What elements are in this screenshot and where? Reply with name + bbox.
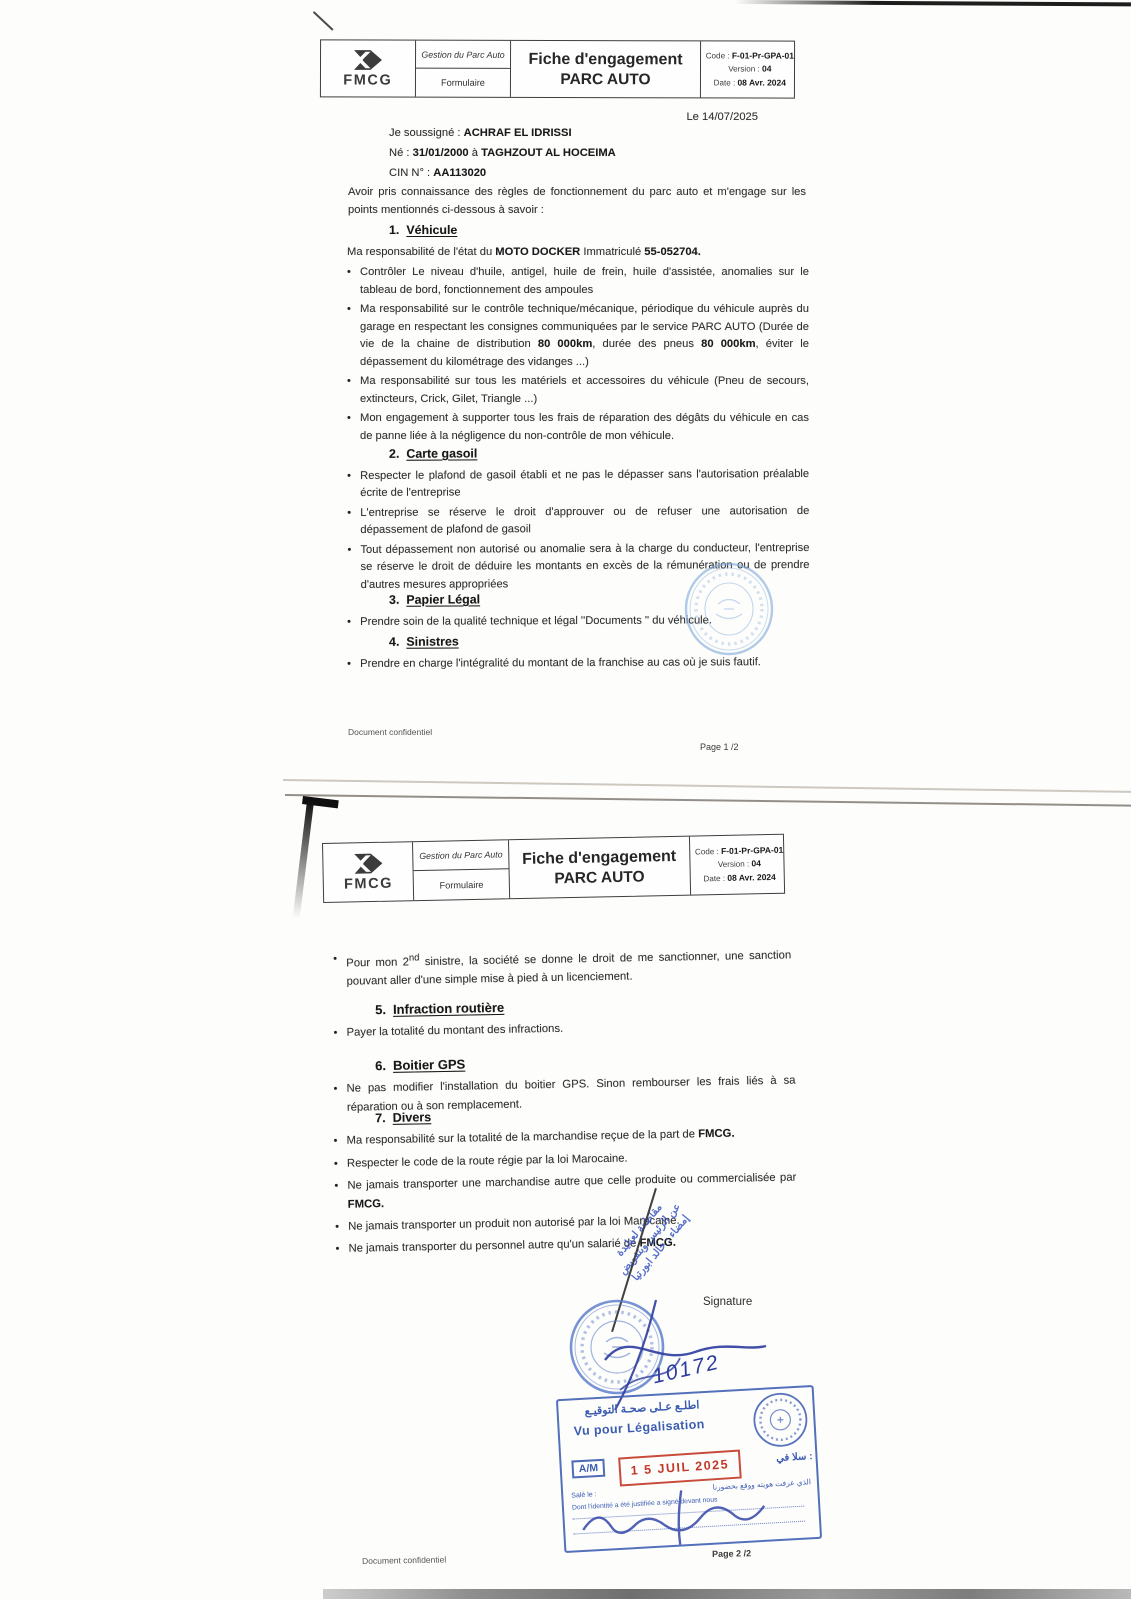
page2-edge-shadow	[293, 801, 314, 919]
letter-date: Le 14/07/2025	[600, 109, 758, 127]
page2-top-edge	[285, 794, 1131, 807]
bullet-item: Ne jamais transporter du personnel autre…	[335, 1232, 797, 1259]
legalization-stamp: اطلـع عـلى صحـة التوقيـع Vu pour Légalis…	[556, 1385, 822, 1553]
stamp-arabic-city: سلا في :	[776, 1451, 813, 1464]
code-cell: Code : F-01-Pr-GPA-01 Version : 04 Date …	[700, 41, 794, 97]
declarant-name: ACHRAF EL IDRISSI	[464, 127, 572, 139]
title-cell: Fiche d'engagement PARC AUTO	[508, 837, 690, 899]
logo-cell: FMCG	[321, 40, 415, 96]
logo-cell: FMCG	[323, 842, 414, 902]
dept-name: Gestion du Parc Auto	[416, 41, 511, 69]
doc-type: Formulaire	[416, 69, 511, 97]
birth-place: TAGHZOUT AL HOCEIMA	[481, 147, 616, 159]
intro-paragraph: Avoir pris connaissance des règles de fo…	[348, 184, 806, 219]
section-divers: 7.Divers Ma responsabilité sur la totali…	[333, 1102, 798, 1263]
sinistre-bullet: Pour mon 2nd sinistre, la société se don…	[333, 942, 792, 994]
footer-page-number: Page 2 /2	[712, 1548, 751, 1559]
logo-text: FMCG	[343, 72, 392, 88]
stamp-am-box: A/M	[571, 1459, 605, 1479]
bullet-item: Ne jamais transporter une marchandise au…	[334, 1169, 797, 1214]
dept-cell: Gestion du Parc Auto Formulaire	[415, 41, 511, 97]
section-heading: 1.Véhicule	[347, 222, 809, 240]
bullet-item: Ma responsabilité sur le contrôle techni…	[347, 301, 809, 371]
bullet-item: Payer la totalité du montant des infract…	[333, 1016, 791, 1043]
version-line: Version : 04	[718, 857, 761, 871]
fmcg-arrow-icon	[349, 852, 387, 876]
identity-cin-line: CIN N° : AA113020	[389, 166, 616, 180]
date-line: Date : 08 Avr. 2024	[714, 76, 786, 90]
bullet-item: Contrôler Le niveau d'huile, antigel, hu…	[347, 264, 809, 299]
scanned-document: FMCG Gestion du Parc Auto Formulaire Fic…	[0, 0, 1131, 1599]
fmcg-arrow-icon	[349, 48, 387, 71]
form-header-table: FMCG Gestion du Parc Auto Formulaire Fic…	[320, 39, 795, 98]
bullet-item: Pour mon 2nd sinistre, la société se don…	[333, 942, 792, 992]
footer-confidential: Document confidentiel	[348, 727, 432, 737]
logo-text: FMCG	[344, 876, 393, 893]
footer-page-number: Page 1 /2	[700, 742, 739, 752]
doc-title-line1: Fiche d'engagement	[522, 845, 676, 869]
dept-name: Gestion du Parc Auto	[413, 840, 508, 871]
cin-number: AA113020	[433, 167, 486, 179]
footer-confidential: Document confidentiel	[362, 1554, 446, 1566]
section-heading: 2.Carte gasoil	[347, 444, 809, 464]
doc-title-line2: PARC AUTO	[554, 867, 645, 889]
section-vehicule: 1.Véhicule Ma responsabilité de l'état d…	[347, 222, 809, 447]
doc-title-line1: Fiche d'engagement	[528, 48, 682, 69]
birth-date: 31/01/2000	[413, 147, 469, 159]
identity-block: Je soussigné : ACHRAF EL IDRISSI Né : 31…	[389, 126, 616, 180]
bullet-item: Ma responsabilité sur tous les matériels…	[347, 373, 809, 408]
doc-type: Formulaire	[414, 869, 509, 900]
section-lead: Ma responsabilité de l'état du MOTO DOCK…	[347, 244, 809, 262]
dept-cell: Gestion du Parc Auto Formulaire	[412, 840, 509, 900]
identity-name-line: Je soussigné : ACHRAF EL IDRISSI	[389, 126, 616, 140]
code-line: Code : F-01-Pr-GPA-01	[706, 49, 794, 63]
blue-round-stamp-faint	[683, 561, 775, 657]
bottom-scan-strip	[323, 1589, 1131, 1599]
bullet-item: Respecter le plafond de gasoil établi et…	[347, 465, 809, 502]
title-cell: Fiche d'engagement PARC AUTO	[510, 41, 699, 97]
page1-bottom-edge	[283, 779, 1131, 792]
bullet-item: Mon engagement à supporter tous les frai…	[347, 410, 809, 445]
date-line: Date : 08 Avr. 2024	[703, 871, 776, 886]
identity-birth-line: Né : 31/01/2000 à TAGHZOUT AL HOCEIMA	[389, 146, 616, 160]
pen-mark	[313, 11, 334, 31]
bullet-item: L'entreprise se réserve le droit d'appro…	[347, 502, 809, 539]
stamp-seal-icon	[750, 1389, 811, 1450]
scan-top-edge	[735, 0, 1131, 6]
code-cell: Code : F-01-Pr-GPA-01 Version : 04 Date …	[689, 835, 784, 895]
doc-title-line2: PARC AUTO	[560, 70, 650, 90]
form-header-table: FMCG Gestion du Parc Auto Formulaire Fic…	[322, 834, 785, 903]
code-line: Code : F-01-Pr-GPA-01	[695, 843, 784, 858]
stamp-arabic-title: اطلـع عـلى صحـة التوقيـع	[584, 1398, 699, 1417]
version-line: Version : 04	[728, 63, 771, 77]
stamp-french-title: Vu pour Légalisation	[573, 1417, 705, 1438]
section-infraction: 5.Infraction routière Payer la totalité …	[333, 994, 792, 1045]
stamp-handwritten-signature	[563, 1471, 821, 1555]
